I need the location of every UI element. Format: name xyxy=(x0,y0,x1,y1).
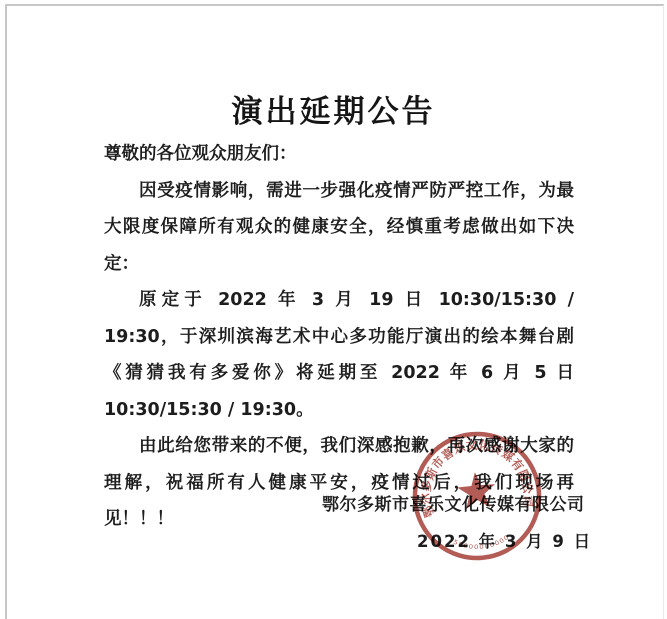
greeting-line: 尊敬的各位观众朋友们： xyxy=(104,136,574,173)
paragraph-schedule: 原定于 2022 年 3 月 19 日 10:30/15:30 / 19:30，… xyxy=(104,282,574,428)
page-title: 演出延期公告 xyxy=(0,86,667,131)
document-page: 演出延期公告 尊敬的各位观众朋友们： 因受疫情影响，需进一步强化疫情严防严控工作… xyxy=(0,0,667,619)
star-icon xyxy=(456,470,497,509)
paragraph-reason: 因受疫情影响，需进一步强化疫情严防严控工作，为最大限度保障所有观众的健康安全，经… xyxy=(104,173,574,283)
company-seal-stamp: 鄂尔多斯市喜乐文化传媒有限公司 150000000000 xyxy=(404,423,549,568)
